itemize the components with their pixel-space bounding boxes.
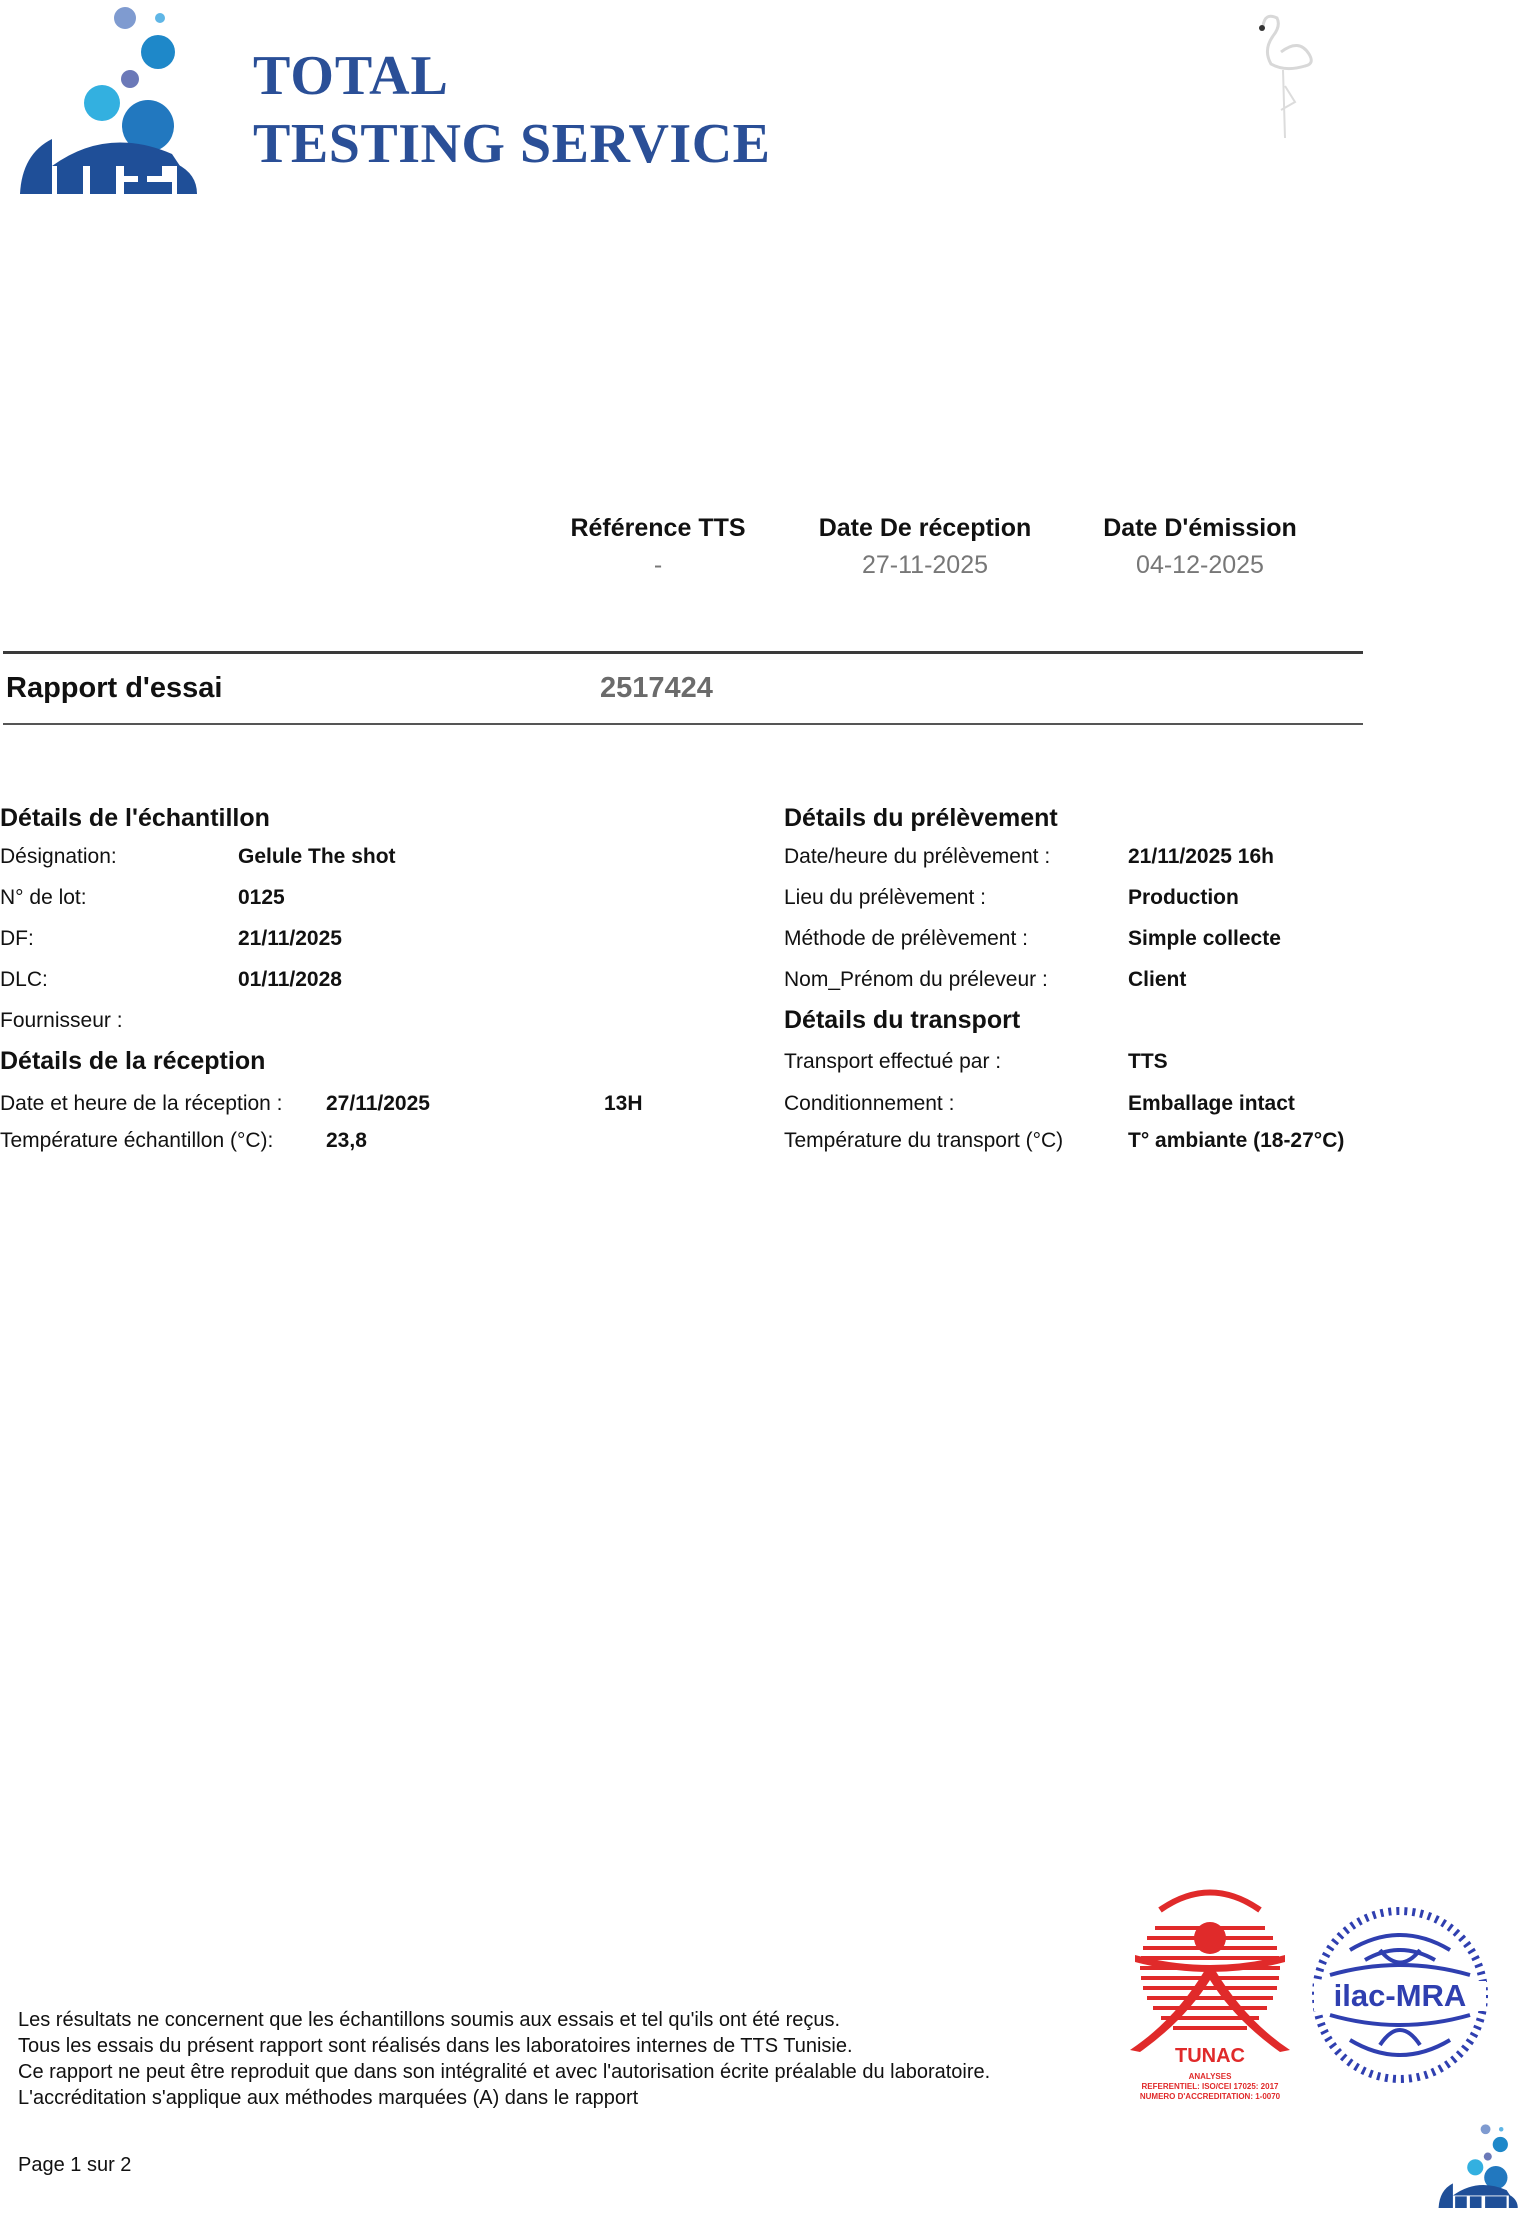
tunac-accreditation-badge: TUNAC ANALYSES REFERENTIEL: ISO/CEI 1702… <box>1125 1880 1295 2110</box>
reference-value: - <box>568 551 748 580</box>
divider-bottom <box>3 723 1363 725</box>
sampler-name-label: Nom_Prénom du préleveur : <box>784 968 1048 992</box>
sampling-method-value: Simple collecte <box>1128 927 1281 951</box>
page-number: Page 1 sur 2 <box>18 2154 131 2177</box>
transport-temperature-label: Température du transport (°C) <box>784 1129 1063 1153</box>
sampling-details-heading: Détails du prélèvement <box>784 804 1058 833</box>
sampling-method-label: Méthode de prélèvement : <box>784 927 1028 951</box>
transport-by-label: Transport effectué par : <box>784 1050 1001 1074</box>
transport-temperature-value: T° ambiante (18-27°C) <box>1128 1129 1344 1153</box>
sampling-datetime-value: 21/11/2025 16h <box>1128 845 1274 869</box>
emission-date-field: Date D'émission 04-12-2025 <box>1095 514 1305 580</box>
packaging-value: Emballage intact <box>1128 1092 1295 1116</box>
disclaimer-line: Tous les essais du présent rapport sont … <box>18 2033 990 2059</box>
report-title: Rapport d'essai <box>6 672 222 705</box>
disclaimer-line: L'accréditation s'applique aux méthodes … <box>18 2085 990 2111</box>
sampler-name-value: Client <box>1128 968 1186 992</box>
disclaimer: Les résultats ne concernent que les écha… <box>18 2007 990 2111</box>
tts-logo-icon <box>12 4 202 194</box>
supplier-label: Fournisseur : <box>0 1009 123 1033</box>
reception-date-value-detail: 27/11/2025 <box>326 1092 430 1116</box>
tts-small-logo-icon <box>1435 2118 1520 2213</box>
svg-text:ilac-MRA: ilac-MRA <box>1334 1978 1467 2013</box>
lot-value: 0125 <box>238 886 285 910</box>
dlc-label: DLC: <box>0 968 48 992</box>
disclaimer-line: Les résultats ne concernent que les écha… <box>18 2007 990 2033</box>
designation-value: Gelule The shot <box>238 845 396 869</box>
packaging-label: Conditionnement : <box>784 1092 954 1116</box>
transport-details-heading: Détails du transport <box>784 1006 1020 1035</box>
tunac-referentiel: REFERENTIEL: ISO/CEI 17025: 2017 <box>1125 2082 1295 2092</box>
reception-date-field: Date De réception 27-11-2025 <box>810 514 1040 580</box>
sample-temperature-value: 23,8 <box>326 1129 367 1153</box>
report-number: 2517424 <box>600 672 713 705</box>
reference-label: Référence TTS <box>568 514 748 543</box>
transport-by-value: TTS <box>1128 1050 1168 1074</box>
df-value: 21/11/2025 <box>238 927 342 951</box>
brand-name: TOTAL TESTING SERVICE <box>253 48 771 172</box>
emission-date-label: Date D'émission <box>1095 514 1305 543</box>
lot-label: N° de lot: <box>0 886 87 910</box>
reception-datetime-label: Date et heure de la réception : <box>0 1092 283 1116</box>
ilac-mra-logo-icon: ilac-MRA <box>1310 1905 1490 2085</box>
dlc-value: 01/11/2028 <box>238 968 342 992</box>
brand-line-1: TOTAL <box>253 48 771 104</box>
brand-line-2: TESTING SERVICE <box>253 116 771 172</box>
reception-date-label: Date De réception <box>810 514 1040 543</box>
emission-date-value: 04-12-2025 <box>1095 551 1305 580</box>
sample-temperature-label: Température échantillon (°C): <box>0 1129 273 1153</box>
tunac-accreditation-number: NUMERO D'ACCREDITATION: 1-0070 <box>1125 2092 1295 2102</box>
designation-label: Désignation: <box>0 845 117 869</box>
sampling-place-label: Lieu du prélèvement : <box>784 886 986 910</box>
reference-field: Référence TTS - <box>568 514 748 580</box>
divider-top <box>3 651 1363 654</box>
tunac-analyses: ANALYSES <box>1125 2072 1295 2082</box>
df-label: DF: <box>0 927 34 951</box>
flamingo-icon <box>1245 6 1335 146</box>
sampling-datetime-label: Date/heure du prélèvement : <box>784 845 1050 869</box>
svg-text:TUNAC: TUNAC <box>1175 2045 1245 2065</box>
tunac-logo-icon: TUNAC <box>1125 1880 1295 2065</box>
sample-details-heading: Détails de l'échantillon <box>0 804 270 833</box>
reception-date-value: 27-11-2025 <box>810 551 1040 580</box>
disclaimer-line: Ce rapport ne peut être reproduit que da… <box>18 2059 990 2085</box>
reception-time-value: 13H <box>604 1092 643 1116</box>
sampling-place-value: Production <box>1128 886 1239 910</box>
reception-details-heading: Détails de la réception <box>0 1047 265 1076</box>
